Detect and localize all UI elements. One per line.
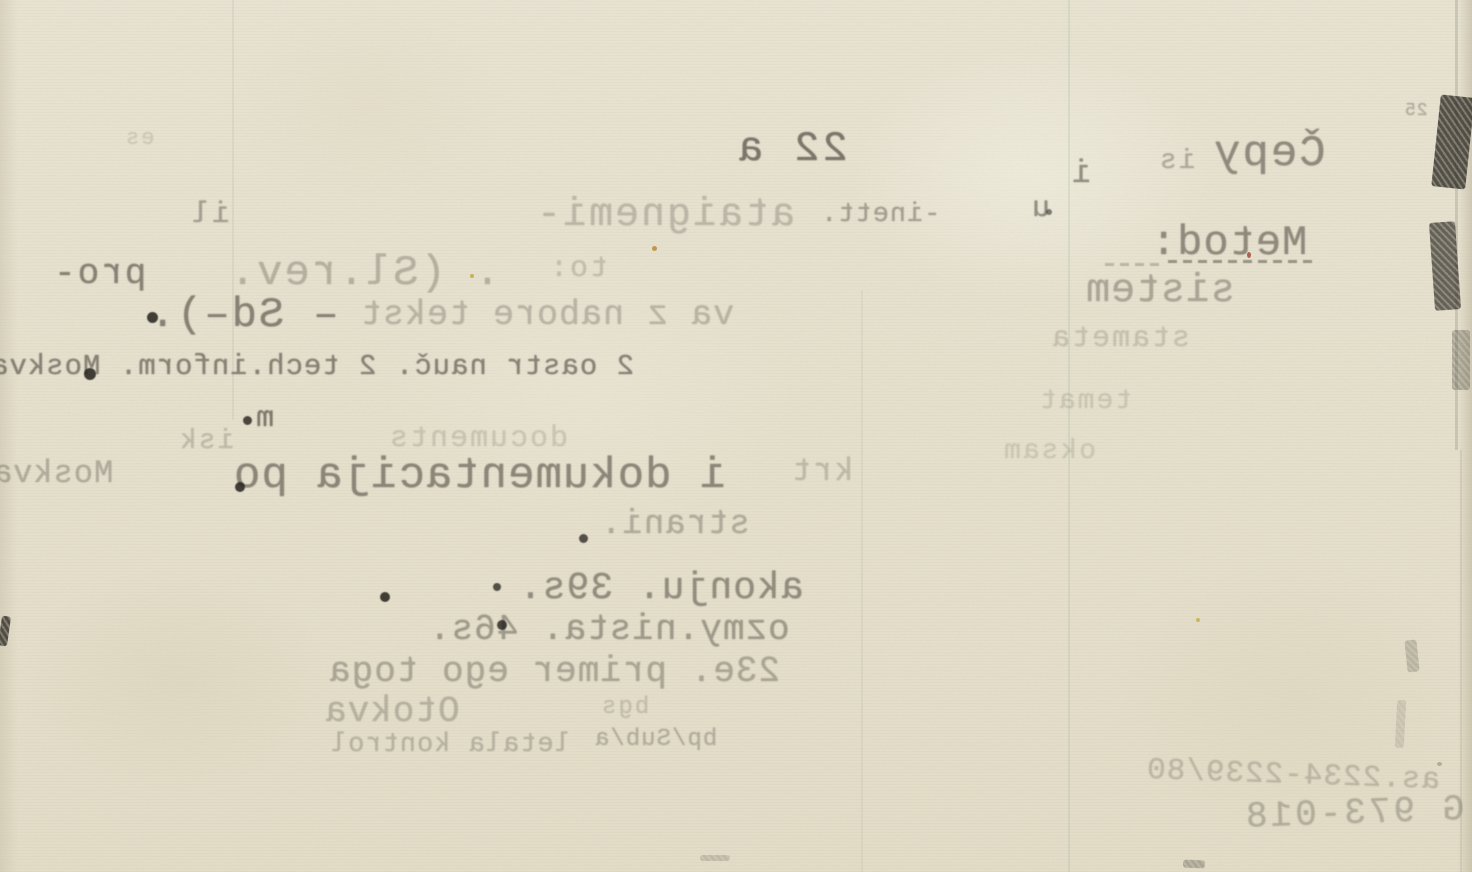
mirrored-text-fragment-sistem: sistem	[1085, 272, 1235, 312]
mirrored-text-fragment-cepy-is: is	[1158, 148, 1196, 176]
mirrored-text-fragment-rowJ-nista: ozmy.nista. 46s.	[428, 612, 790, 648]
mirrored-text-fragment-rowF-isk: isk	[178, 428, 234, 456]
mirrored-text-fragment-rowL-otokva: Otokva	[324, 694, 460, 730]
ink-blob	[579, 534, 588, 543]
paper-speck	[470, 274, 474, 278]
ink-blob	[235, 482, 245, 492]
mirrored-text-fragment-rowB-main: ataignemi-	[535, 196, 795, 236]
mirrored-text-fragment-rowK-primer: 23e. primer ego toga	[328, 654, 780, 690]
mirrored-text-fragment-rowC-to: to:	[548, 254, 608, 284]
mirrored-text-fragment-code-id: G 973-018	[1242, 792, 1465, 836]
mirrored-text-fragment-rowL-bgs: bgs	[600, 696, 649, 720]
scanned-document-page: 22 aČepyisiilataignemi--inett.uMetod:sis…	[0, 0, 1472, 872]
mirrored-text-fragment-cepy: Čepy	[1212, 132, 1326, 176]
paper-crease	[861, 290, 863, 872]
edge-ink-mark	[700, 855, 730, 861]
mirrored-text-fragment-rowH-strani: strani.	[600, 508, 750, 542]
mirrored-text-fragment-code-phone: as.2234-2239/80	[1146, 755, 1441, 796]
mirrored-text-fragment-rowF-temat: temat	[1038, 388, 1132, 416]
mirrored-text-fragment-rowG-dokumentacija: i dokumentacija po	[233, 454, 726, 498]
mirrored-text-fragment-stameta: stameta	[1050, 324, 1190, 354]
paper-speck	[1247, 252, 1251, 258]
mirrored-text-fragment-i-mark: i	[1072, 158, 1091, 190]
mirrored-text-fragment-rowM-kontrol: letala kontrol	[330, 732, 571, 759]
mirrored-text-fragment-rowM-bpsub: bp/Sub/a	[594, 728, 717, 752]
metod-underline-ext	[1105, 263, 1160, 266]
mirrored-text-fragment-metod: Metod:	[1150, 222, 1307, 264]
mirrored-text-fragment-topleft-es: es	[124, 128, 154, 150]
mirrored-text-fragment-rowG-moskva: Moskva	[0, 458, 113, 490]
mirrored-text-fragment-rowD-sd: – Sd–).	[148, 294, 338, 336]
mirrored-text-fragment-rowF-m: m	[256, 404, 274, 434]
edge-ink-mark	[1452, 330, 1470, 390]
paper-speck	[1437, 762, 1442, 766]
paper-speck	[1196, 618, 1200, 622]
edge-ink-mark	[1395, 700, 1406, 748]
mirrored-text-fragment-rowB-inett: -inett.	[820, 202, 940, 229]
ink-blob	[497, 620, 507, 630]
edge-ink-mark	[0, 616, 11, 647]
ink-blob	[243, 416, 252, 425]
mirrored-text-fragment-rowC-pro: pro-	[52, 256, 146, 292]
ink-blob	[147, 312, 158, 323]
mirrored-text-fragment-rowG-krt: krt	[790, 456, 854, 488]
ink-blob	[1046, 209, 1052, 215]
mirrored-text-fragment-rowB-il: il	[190, 200, 230, 230]
edge-ink-mark	[1431, 94, 1472, 189]
ink-blob	[380, 592, 390, 602]
mirrored-text-fragment-rowI-akonju: akonju. 39s.	[518, 570, 804, 608]
mirrored-text-fragment-rowF-documents: documents	[388, 424, 568, 454]
paper-crease	[232, 0, 234, 420]
paper-crease	[1460, 450, 1462, 872]
mirrored-text-fragment-rowD-nabore: va z nabore tekst	[360, 298, 734, 333]
metod-underline	[1168, 260, 1318, 263]
ink-blob	[84, 368, 96, 380]
paper-speck	[652, 246, 657, 251]
mirrored-text-fragment-corner-25: 25	[1404, 102, 1428, 120]
edge-ink-mark	[1404, 639, 1419, 672]
mirrored-text-fragment-header-22a: 22 a	[735, 128, 848, 170]
mirrored-text-fragment-rowG-oksam: oksam	[1002, 438, 1096, 466]
paper-crease	[1068, 0, 1070, 872]
edge-ink-mark	[1183, 860, 1205, 869]
mirrored-text-fragment-rowC-slrev: . (Sl.rev.	[228, 252, 500, 294]
ink-blob	[493, 583, 501, 591]
